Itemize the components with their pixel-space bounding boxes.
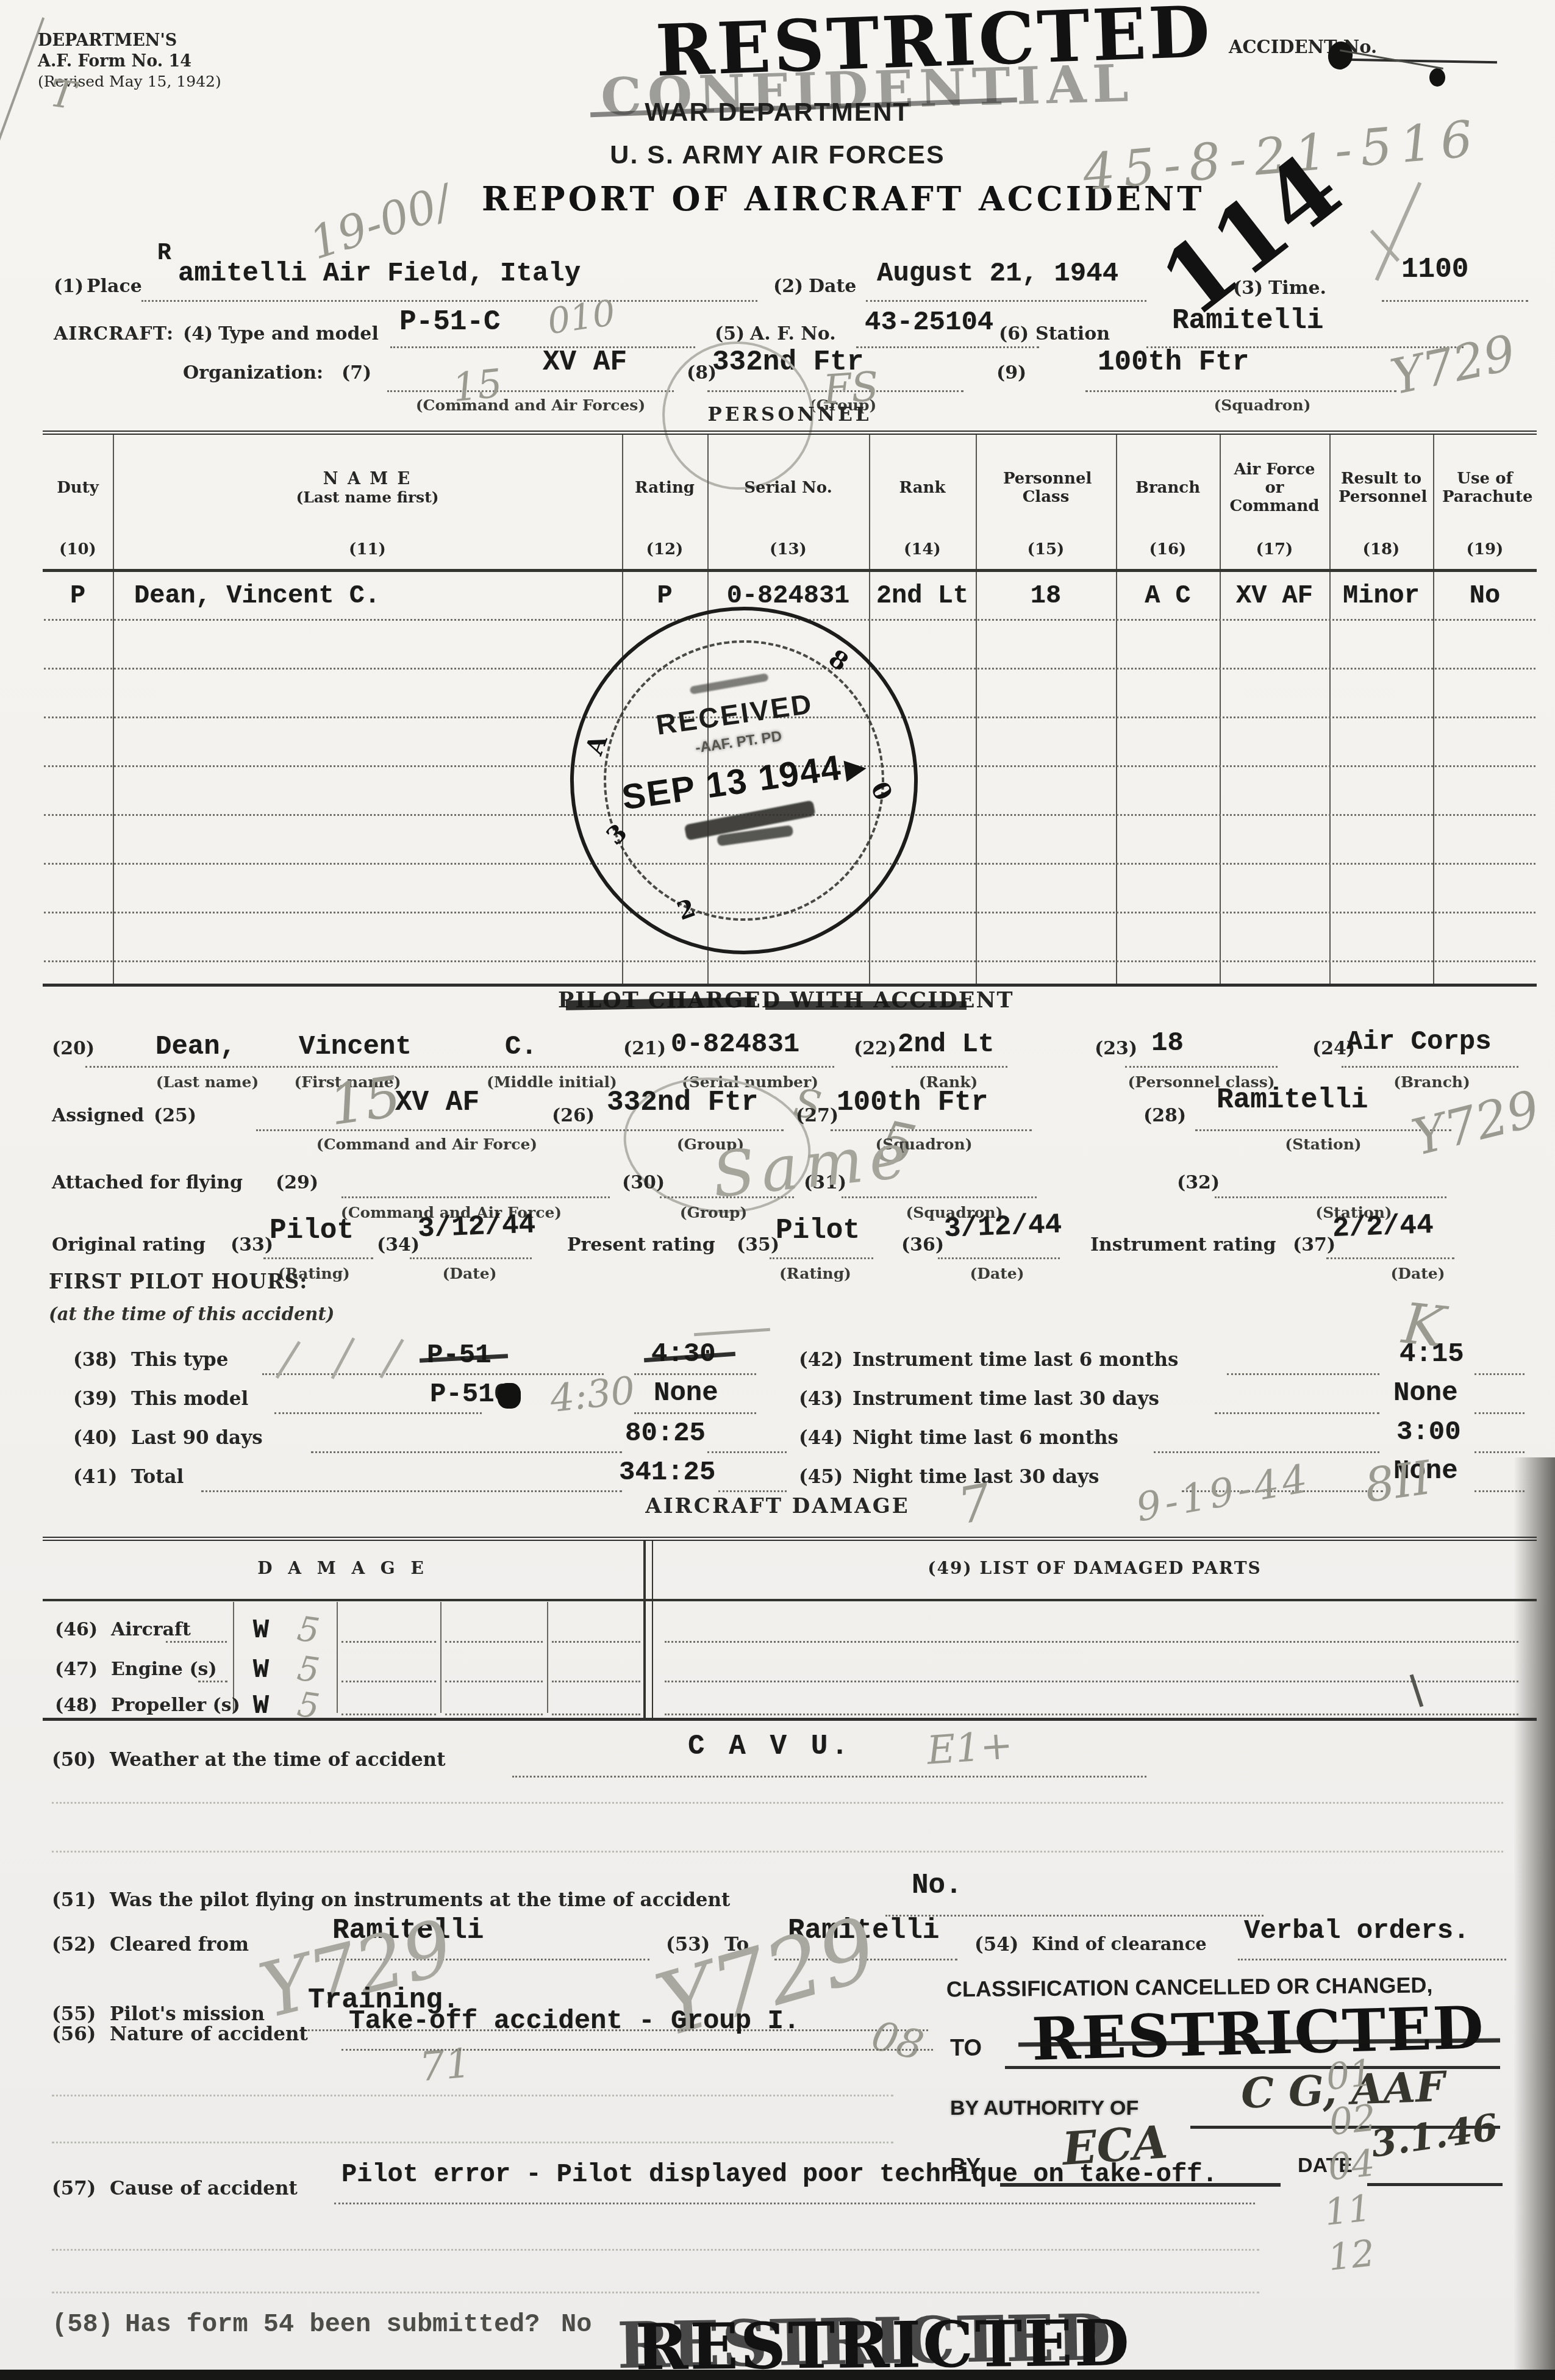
field21-value: 0-824831 — [671, 1029, 799, 1060]
field42-num: (42) — [799, 1349, 843, 1371]
field40-label: Last 90 days — [131, 1427, 263, 1449]
field46-value: W — [237, 1615, 285, 1646]
pencil-scribble — [379, 1339, 404, 1379]
col-header-result: Result to Personnel — [1329, 442, 1433, 534]
field56-rule — [341, 2049, 933, 2051]
field26-rule — [601, 1129, 784, 1131]
field27-num: (27) — [796, 1105, 838, 1126]
pencil-t-mark: T — [47, 70, 78, 118]
field44-rule — [1154, 1451, 1379, 1453]
field29-num: (29) — [276, 1172, 318, 1193]
field51-value: No. — [912, 1870, 962, 1901]
field6-label: Station — [1035, 323, 1110, 345]
field25-rule — [256, 1129, 598, 1131]
damage-left-header: D A M A G E — [43, 1558, 643, 1578]
field41-value: 341:25 — [619, 1457, 715, 1488]
field24-value: Air Corps — [1346, 1027, 1492, 1057]
field25-value: XV AF — [395, 1087, 479, 1118]
field36-sublabel: (Date) — [948, 1265, 1046, 1282]
faint-rule — [52, 1851, 1503, 1853]
field38-value-rule — [634, 1373, 756, 1375]
field44-label: Night time last 6 months — [853, 1427, 1118, 1449]
damage-header-rule — [43, 1599, 1537, 1601]
col-num-18: (18) — [1329, 537, 1433, 562]
field46-num: (46) — [55, 1619, 98, 1640]
field33-rule — [263, 1257, 373, 1259]
field1-value: amitelli Air Field, Italy — [178, 259, 581, 289]
faint-rule — [52, 2249, 1259, 2251]
pencil-19001-mark: 19-00/ — [304, 175, 458, 270]
field22-rule — [892, 1066, 1007, 1068]
field5-label: A. F. No. — [750, 323, 836, 345]
col-header-class: Personnel Class — [976, 442, 1116, 534]
field7-rule — [387, 390, 674, 392]
field23-rule — [1125, 1066, 1278, 1068]
damage-row-rule — [341, 1681, 436, 1682]
form-number-line2: A.F. Form No. 14 — [38, 51, 221, 72]
field9-sublabel: (Squadron) — [1210, 396, 1314, 414]
col-num: (15) — [1028, 540, 1065, 559]
field36-rule — [938, 1257, 1060, 1259]
col-num-10: (10) — [43, 537, 113, 562]
field43-label: Instrument time last 30 days — [853, 1388, 1159, 1410]
field25-sublabel: (Command and Air Force) — [287, 1135, 567, 1153]
field36-num: (36) — [901, 1234, 944, 1256]
hw-y729-top: Y729 — [1386, 324, 1520, 406]
col-num: (11) — [349, 540, 386, 559]
row-cell-duty: P — [43, 581, 113, 610]
field54-num: (54) — [974, 1934, 1018, 1956]
field45-value-rule — [1475, 1490, 1525, 1492]
damage-row-rule — [445, 1714, 543, 1715]
field34-rule — [410, 1257, 532, 1259]
date-value-handwritten: 3.1.46 — [1368, 2106, 1500, 2166]
col-num-14: (14) — [869, 537, 976, 562]
field48-num: (48) — [55, 1695, 98, 1716]
field39-label: This model — [131, 1388, 248, 1410]
field52-label: Cleared from — [110, 1934, 249, 1956]
field44-value: 3:00 — [1396, 1417, 1461, 1448]
col-label: Rating — [635, 479, 695, 497]
damage-title: AIRCRAFT DAMAGE — [613, 1494, 942, 1518]
field45-num: (45) — [799, 1466, 843, 1488]
field47-label-rule — [198, 1681, 227, 1682]
hours-title: FIRST PILOT HOURS: — [49, 1270, 308, 1293]
aircraft-label: AIRCRAFT: — [54, 323, 174, 345]
col-header-airforce: Air Force or Command — [1220, 442, 1329, 534]
col-num: (12) — [646, 540, 684, 559]
damage-row-rule — [552, 1714, 640, 1715]
present-rating-label: Present rating — [567, 1234, 715, 1256]
col-num: (13) — [770, 540, 807, 559]
col-label: Air Force or Command — [1229, 460, 1320, 515]
damage-row-rule — [445, 1641, 543, 1643]
col-label: Serial No. — [744, 479, 832, 497]
field27-value: 100th Ftr — [837, 1087, 988, 1118]
field20-sub-last: (Last name) — [152, 1073, 262, 1091]
field9-num: (9) — [996, 362, 1026, 384]
hw-9-19-44: 9-19-44 — [1133, 1456, 1314, 1531]
field34-value: 3/12/44 — [417, 1209, 536, 1245]
field57-num: (57) — [52, 2178, 96, 2200]
field9-value: 100th Ftr — [1098, 346, 1249, 378]
war-department-heading: WAR DEPARTMENT — [610, 98, 945, 127]
field50-rule — [512, 1776, 1146, 1778]
col-header-serial: Serial No. — [707, 442, 869, 534]
field2-num: (2) — [773, 276, 803, 297]
attached-label: Attached for flying — [52, 1172, 243, 1193]
field33-value: Pilot — [270, 1215, 354, 1246]
field40-value-rule — [707, 1451, 787, 1453]
field28-num: (28) — [1143, 1105, 1186, 1126]
form-number-line1: DEPARTMEN'S — [38, 30, 221, 51]
field26-num: (26) — [552, 1105, 595, 1126]
field1-num: (1) — [54, 276, 84, 297]
hw-15-top: 15 — [450, 361, 504, 411]
ink-blob-small — [1429, 68, 1445, 87]
margin-num-2: 02 — [1328, 2096, 1378, 2144]
field43-value: None — [1393, 1378, 1458, 1409]
field1-rule — [141, 300, 757, 302]
field1-label: Place — [87, 276, 142, 297]
field23-num: (23) — [1095, 1038, 1137, 1059]
col-label: Result to Personnel — [1339, 470, 1424, 506]
margin-num-4: 11 — [1323, 2187, 1373, 2234]
accident-no-line — [1348, 59, 1497, 63]
field28-value: Ramitelli — [1217, 1084, 1368, 1116]
field3-label: Time. — [1268, 277, 1326, 299]
field58-label: Has form 54 been submitted? — [125, 2310, 540, 2339]
field54-rule — [1238, 1959, 1506, 1960]
field35-sublabel: (Rating) — [763, 1265, 867, 1282]
field47-label: Engine (s) — [111, 1659, 217, 1680]
field21-rule — [663, 1066, 834, 1068]
hw-430: 4:30 — [548, 1368, 637, 1421]
field54-label: Kind of clearance — [1032, 1934, 1207, 1954]
col-num: (18) — [1363, 540, 1400, 559]
authority-label: BY AUTHORITY OF — [950, 2096, 1139, 2120]
row-cell-class: 18 — [976, 581, 1116, 610]
field54-value: Verbal orders. — [1244, 1916, 1470, 1946]
hw-010: 010 — [545, 292, 618, 343]
field40-num: (40) — [73, 1427, 117, 1449]
field20-sub-mi: (Middle initial) — [482, 1073, 622, 1091]
field46-label-rule — [166, 1641, 227, 1643]
field5-value: 43-25104 — [865, 307, 993, 338]
hw-08: 08 — [867, 2012, 928, 2070]
col-num-15: (15) — [976, 537, 1116, 562]
col-num-16: (16) — [1116, 537, 1220, 562]
field6-num: (6) — [999, 323, 1029, 345]
hw-eit: E1+ — [926, 1723, 1015, 1774]
restricted-changed-stamp: RESTRICTED — [1031, 1993, 1485, 2073]
accident-no-label: ACCIDENT No. — [1229, 37, 1377, 57]
row-cell-rating: P — [622, 581, 707, 610]
field51-rule — [885, 1915, 1264, 1917]
row-cell-branch: A C — [1116, 581, 1220, 610]
field42-label: Instrument time last 6 months — [853, 1349, 1178, 1371]
field58-value: No — [561, 2310, 592, 2339]
date-line — [1367, 2183, 1503, 2186]
field39-value-rule — [634, 1412, 756, 1414]
col-label: Branch — [1135, 479, 1200, 497]
field7-num: (7) — [341, 362, 371, 384]
field32-num: (32) — [1177, 1172, 1220, 1193]
field34-sublabel: (Date) — [421, 1265, 518, 1282]
field2-rule — [866, 300, 1146, 302]
field57-rule — [334, 2203, 1255, 2204]
damage-row-rule — [665, 1681, 1518, 1682]
col-num: (16) — [1149, 540, 1187, 559]
field4-value: P-51-C — [399, 306, 501, 338]
field39-num: (39) — [73, 1388, 117, 1410]
field29-rule — [341, 1196, 610, 1198]
hw-5-aircraft: 5 — [295, 1609, 322, 1651]
instrument-rating-label: Instrument rating — [1090, 1234, 1276, 1256]
field26-value: 332nd Ftr — [607, 1087, 758, 1118]
assigned-label: Assigned — [52, 1105, 144, 1126]
field37-num: (37) — [1293, 1234, 1335, 1256]
title-obliteration-bar — [765, 1001, 967, 1010]
stamp-arrow-icon: ▶ — [843, 750, 868, 784]
col-header-parachute: Use of Parachute — [1433, 442, 1537, 534]
field56-num: (56) — [52, 2023, 96, 2045]
col-header-branch: Branch — [1116, 442, 1220, 534]
damage-table: D A M A G E (49) LIST OF DAMAGED PARTS (… — [43, 1537, 1537, 1721]
field37-sublabel: (Date) — [1375, 1265, 1460, 1282]
margin-num-3: 04 — [1326, 2142, 1377, 2189]
received-date-stamp: A 3 2 8 0 RECEIVED -AAF. PT. PD SEP 13 1… — [548, 584, 940, 977]
hw-71: 71 — [418, 2039, 473, 2090]
field48-value: W — [237, 1691, 285, 1721]
damage-subcol-line — [547, 1602, 548, 1713]
field32-rule — [1215, 1196, 1446, 1198]
field40-rule — [311, 1451, 622, 1453]
col-num-11: (11) — [113, 537, 622, 562]
field37-value: 2/2/44 — [1332, 1209, 1434, 1245]
field20-num: (20) — [52, 1038, 95, 1059]
col-label: Rank — [899, 479, 946, 497]
col-num: (14) — [904, 540, 941, 559]
field4-label: Type and model — [218, 323, 379, 345]
field50-value: C A V U. — [688, 1731, 852, 1762]
col-header-name: N A M E (Last name first) — [113, 442, 622, 534]
damage-subcol-line — [440, 1602, 441, 1713]
field7-value: XV AF — [543, 346, 627, 378]
hw-5-engine: 5 — [295, 1649, 322, 1691]
field44-num: (44) — [799, 1427, 843, 1449]
field57-value: Pilot error - Pilot displayed poor techn… — [341, 2160, 1218, 2189]
hours-subtitle: (at the time of this accident) — [49, 1304, 335, 1324]
field57-label: Cause of accident — [110, 2178, 298, 2200]
field56-label: Nature of accident — [110, 2023, 308, 2045]
margin-num-1: 01 — [1324, 2051, 1375, 2099]
field6-value: Ramitelli — [1172, 305, 1323, 337]
faint-rule — [52, 2292, 1259, 2293]
col-label: N A M E — [323, 470, 412, 488]
personnel-title: PERSONNEL — [707, 404, 872, 426]
report-title: REPORT OF AIRCRAFT ACCIDENT — [482, 179, 1073, 218]
field20-first: Vincent — [299, 1032, 412, 1062]
damage-row-rule — [665, 1714, 1518, 1715]
organization-label: Organization: — [183, 362, 323, 384]
field3-value: 1100 — [1401, 254, 1468, 285]
field23-value: 18 — [1151, 1028, 1184, 1059]
field41-label: Total — [131, 1466, 184, 1488]
field21-num: (21) — [623, 1038, 666, 1059]
field37-rule — [1326, 1257, 1454, 1259]
field47-value: W — [237, 1655, 285, 1685]
hw-8ii: 8II — [1361, 1450, 1434, 1513]
field36-value: 3/12/44 — [943, 1209, 1062, 1245]
col-num-13: (13) — [707, 537, 869, 562]
classification-to-label: TO — [950, 2035, 982, 2062]
field55-label: Pilot's mission — [110, 2003, 265, 2025]
field43-num: (43) — [799, 1388, 843, 1410]
damage-subcol-line — [337, 1602, 338, 1713]
row-cell-result: Minor — [1329, 581, 1433, 610]
col-header-duty: Duty — [43, 442, 113, 534]
field1-value-sup: R — [157, 240, 171, 266]
field41-num: (41) — [73, 1466, 117, 1488]
col-num-12: (12) — [622, 537, 707, 562]
row-cell-name: Dean, Vincent C. — [134, 581, 380, 610]
faint-rule — [52, 2095, 893, 2096]
field58-num: (58) — [52, 2310, 113, 2339]
field50-num: (50) — [52, 1749, 96, 1771]
field50-label: Weather at the time of accident — [110, 1749, 445, 1771]
field22-num: (22) — [854, 1038, 896, 1059]
overtyped-char-blob — [498, 1383, 521, 1409]
hw-15-assigned: 15 — [325, 1063, 405, 1138]
field24-sublabel: (Branch) — [1383, 1073, 1481, 1091]
field43-rule — [1215, 1412, 1379, 1414]
field24-rule — [1342, 1066, 1518, 1068]
pencil-mark-damage — [1410, 1674, 1424, 1707]
field43-value-rule — [1475, 1412, 1525, 1414]
aircraft-accident-report-page: DEPARTMEN'S A.F. Form No. 14 (Revised Ma… — [0, 0, 1555, 2380]
hw-5-propeller: 5 — [295, 1685, 322, 1727]
usaaf-heading: U. S. ARMY AIR FORCES — [595, 140, 960, 170]
field2-value: August 21, 1944 — [877, 259, 1118, 289]
field40-value: 80:25 — [625, 1418, 706, 1449]
field2-label: Date — [809, 276, 856, 297]
field30-num: (30) — [622, 1172, 665, 1193]
field35-rule — [770, 1257, 873, 1259]
row-cell-airforce: XV AF — [1220, 581, 1329, 610]
field55-num: (55) — [52, 2003, 96, 2025]
restricted-bottom-stamp: RESTRICTED — [635, 2305, 1131, 2380]
field25-num: (25) — [154, 1105, 196, 1126]
field22-value: 2nd Lt — [898, 1029, 994, 1060]
damage-row-rule — [552, 1681, 640, 1682]
field48-label: Propeller (s) — [111, 1695, 240, 1716]
field38-label: This type — [131, 1349, 228, 1371]
field56-value: Take-off accident - Group I. — [349, 2006, 799, 2037]
field38-num: (38) — [73, 1349, 117, 1371]
row-cell-parachute: No — [1433, 581, 1537, 610]
field20-mi: C. — [505, 1032, 537, 1062]
original-rating-label: Original rating — [52, 1234, 206, 1256]
col-num: (19) — [1467, 540, 1504, 559]
field51-num: (51) — [52, 1889, 96, 1911]
field39-rule — [274, 1412, 482, 1414]
faint-rule — [52, 1802, 1503, 1804]
field31-rule — [842, 1196, 1037, 1198]
table-row-rule — [44, 960, 1535, 962]
field41-value-rule — [718, 1490, 787, 1492]
field42-value: 4:15 — [1400, 1339, 1464, 1370]
col-num-17: (17) — [1220, 537, 1329, 562]
damage-row-rule — [665, 1641, 1518, 1643]
field4-num: (4) — [183, 323, 213, 345]
margin-num-5: 12 — [1326, 2232, 1377, 2279]
header-rule — [43, 569, 1537, 572]
col-header-rank: Rank — [869, 442, 976, 534]
field7-sublabel: (Command and Air Forces) — [402, 396, 659, 414]
col-header-rating: Rating — [622, 442, 707, 534]
col-label: Use of Parachute — [1442, 470, 1528, 506]
field35-num: (35) — [737, 1234, 779, 1256]
field35-value: Pilot — [776, 1215, 860, 1246]
damage-row-rule — [341, 1641, 436, 1643]
field5-rule — [856, 346, 1039, 348]
hw-y729-station: Y729 — [1407, 1080, 1545, 1167]
col-num-19: (19) — [1433, 537, 1537, 562]
pencil-dash — [694, 1328, 770, 1337]
col-num: (10) — [59, 540, 96, 559]
col-num: (17) — [1256, 540, 1293, 559]
col-label: Personnel Class — [1003, 470, 1088, 506]
field39-value: None — [654, 1378, 718, 1409]
faint-rule — [52, 2142, 893, 2143]
field38-rule — [262, 1373, 604, 1375]
field44-value-rule — [1475, 1451, 1525, 1453]
damage-row-rule — [445, 1681, 543, 1682]
col-label: Duty — [57, 479, 99, 497]
field46-label: Aircraft — [111, 1619, 191, 1640]
field20-last: Dean, — [155, 1032, 236, 1062]
damage-row-rule — [552, 1641, 640, 1643]
field41-rule — [201, 1490, 622, 1492]
field3-num: (3) — [1233, 277, 1263, 299]
field3-rule — [1382, 300, 1528, 302]
field42-rule — [1227, 1373, 1379, 1375]
field33-num: (33) — [231, 1234, 273, 1256]
field9-rule — [1085, 390, 1396, 392]
damage-center-divider — [643, 1541, 653, 1718]
field42-value-rule — [1475, 1373, 1525, 1375]
field47-num: (47) — [55, 1659, 98, 1680]
col-sublabel: (Last name first) — [296, 488, 438, 506]
field52-num: (52) — [52, 1934, 96, 1956]
damage-right-header: (49) LIST OF DAMAGED PARTS — [652, 1558, 1537, 1578]
damage-row-rule — [341, 1714, 436, 1715]
field34-num: (34) — [377, 1234, 420, 1256]
field28-sublabel: (Station) — [1274, 1135, 1372, 1153]
